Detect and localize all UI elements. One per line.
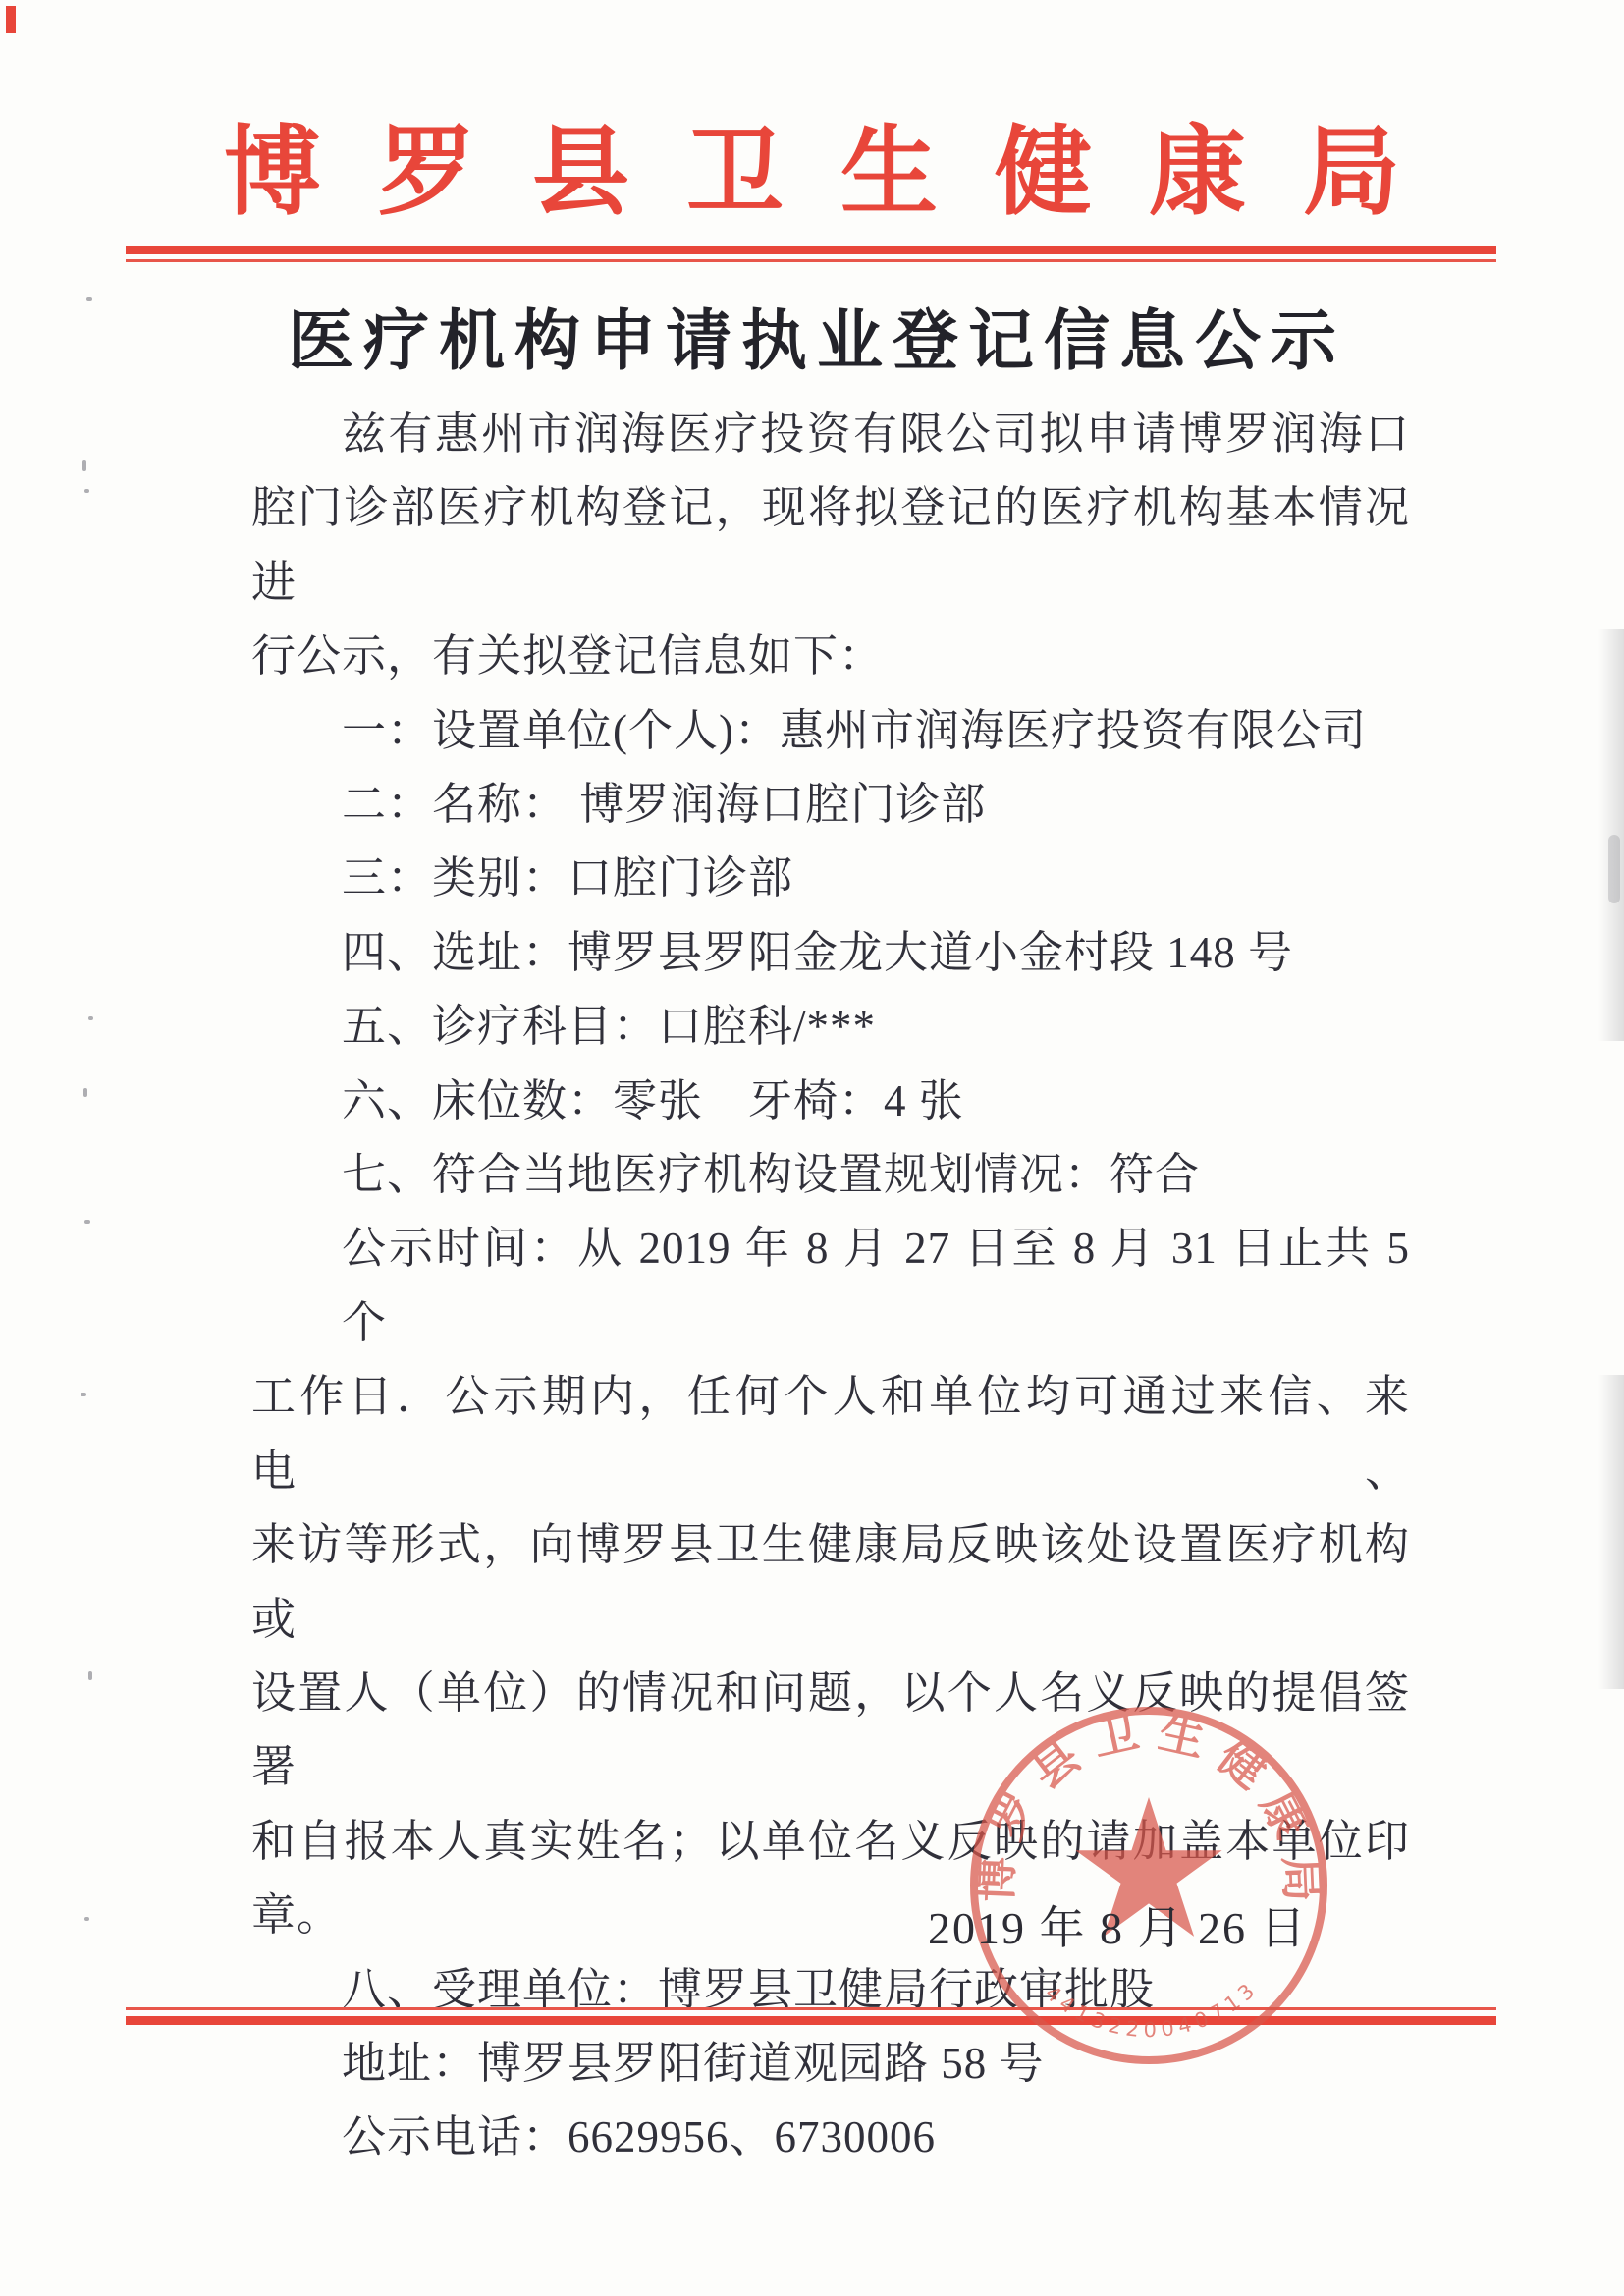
- svg-text:4413220040713: 4413220040713: [1041, 1980, 1259, 2043]
- scan-speck: [88, 1016, 93, 1020]
- scan-edge-smudge: [1608, 835, 1620, 903]
- body-line: 七、符合当地医疗机构设置规划情况：符合: [251, 1138, 1410, 1212]
- body-line: 三：类别：口腔门诊部: [251, 842, 1410, 915]
- body-line: 公示时间：从 2019 年 8 月 27 日至 8 月 31 日止共 5 个: [251, 1212, 1410, 1360]
- body-line: 二：名称： 博罗润海口腔门诊部: [251, 768, 1410, 842]
- scanned-document-page: 博罗县卫生健康局 医疗机构申请执业登记信息公示 兹有惠州市润海医疗投资有限公司拟…: [0, 0, 1624, 2296]
- body-line: 一：设置单位(个人)：惠州市润海医疗投资有限公司: [251, 694, 1410, 768]
- body-line: 六、床位数：零张 牙椅：4 张: [251, 1065, 1410, 1138]
- body-line: 行公示，有关拟登记信息如下：: [251, 620, 1410, 693]
- seal-serial-number: 4413220040713: [1041, 1980, 1259, 2043]
- body-line: 工作日．公示期内，任何个人和单位均可通过来信、来电、: [251, 1360, 1410, 1508]
- scan-artifact-red-mark: [6, 6, 16, 33]
- body-line: 四、选址：博罗县罗阳金龙大道小金村段 148 号: [251, 916, 1410, 990]
- body-line: 兹有惠州市润海医疗投资有限公司拟申请博罗润海口: [251, 398, 1410, 471]
- scan-speck: [84, 1220, 90, 1224]
- body-line: 公示电话：6629956、6730006: [251, 2101, 1410, 2174]
- scan-speck: [82, 460, 86, 471]
- header-divider-thick-line: [126, 246, 1496, 254]
- header-divider-thin-line: [126, 259, 1496, 262]
- body-line: 五、诊疗科目：口腔科/***: [251, 990, 1410, 1064]
- issue-date: 2019 年 8 月 26 日: [928, 1892, 1340, 1957]
- document-title: 医疗机构申请执业登记信息公示: [0, 289, 1624, 383]
- header-divider: [126, 246, 1496, 262]
- scan-speck: [83, 1088, 87, 1097]
- scan-speck: [84, 489, 89, 493]
- body-line: 来访等形式，向博罗县卫生健康局反映该处设置医疗机构或: [251, 1508, 1410, 1657]
- scan-speck: [81, 1393, 86, 1396]
- scan-speck: [88, 1671, 92, 1680]
- official-seal: 博罗县卫生健康局 4413220040713: [952, 1689, 1345, 2082]
- scan-speck: [84, 1917, 89, 1921]
- scan-edge-streak: [1598, 1375, 1624, 1689]
- body-line: 腔门诊部医疗机构登记，现将拟登记的医疗机构基本情况进: [251, 471, 1410, 620]
- agency-header-title: 博罗县卫生健康局: [0, 94, 1624, 234]
